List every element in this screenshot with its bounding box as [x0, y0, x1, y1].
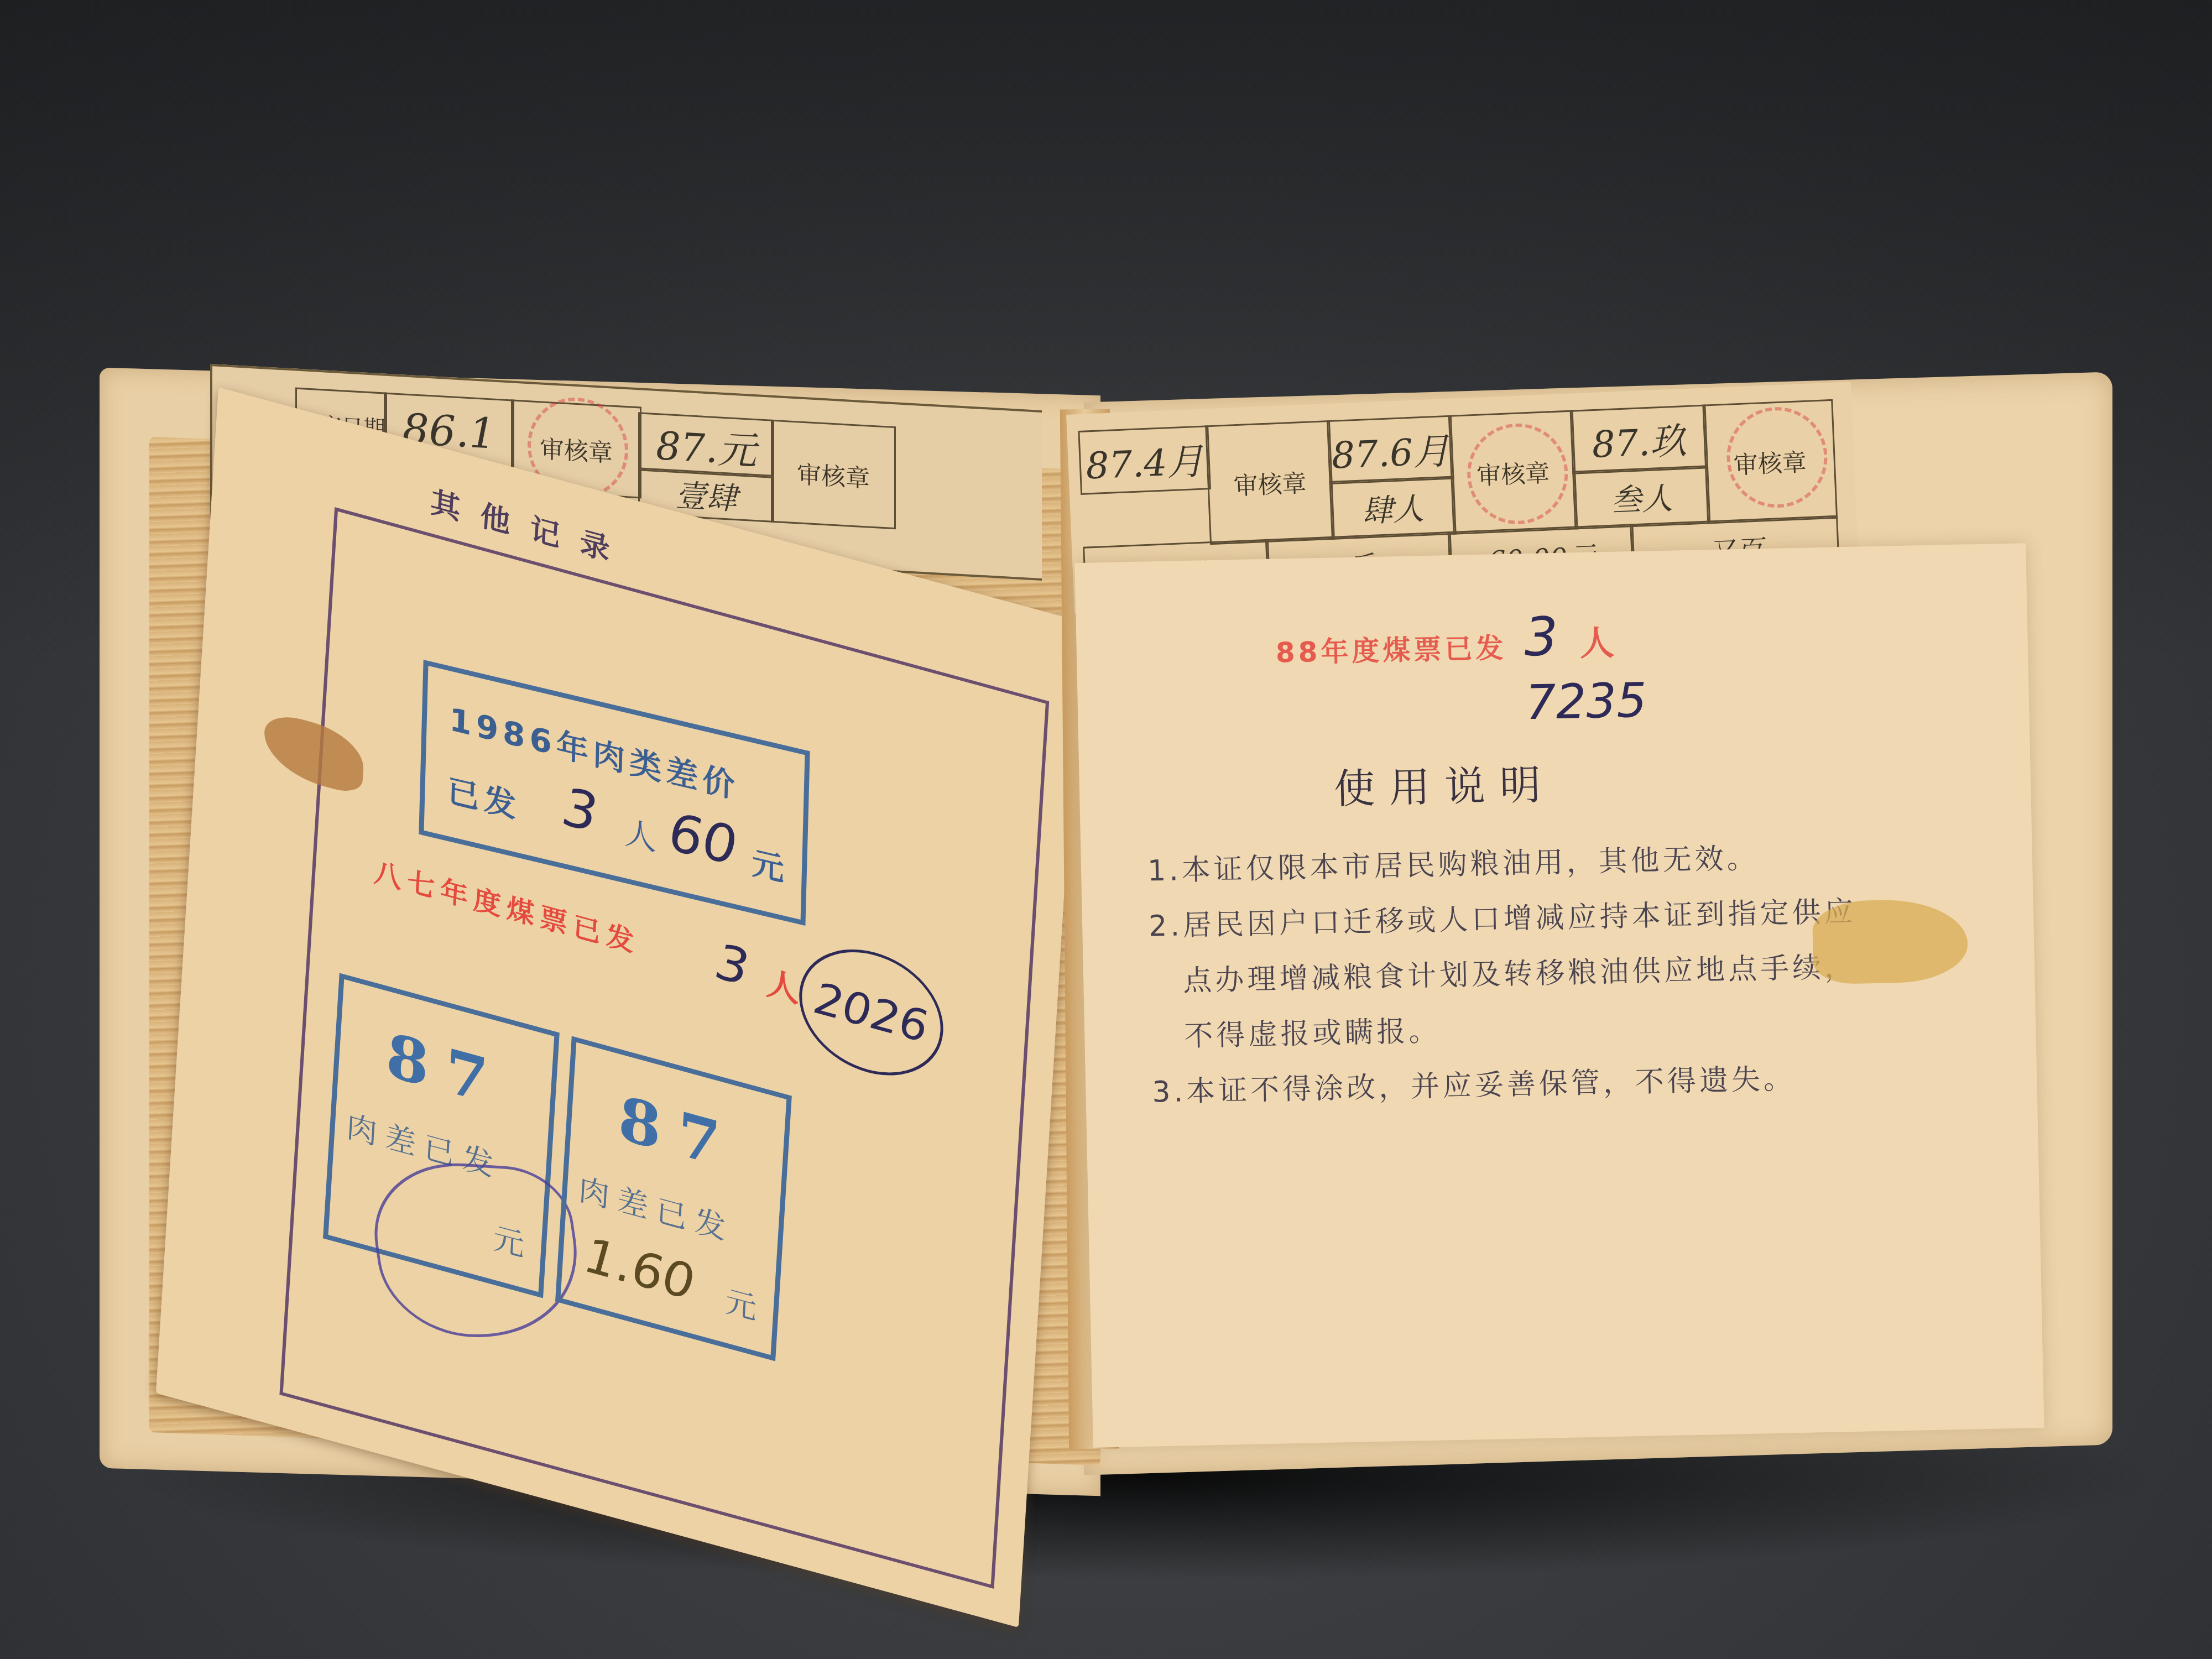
coal-count-handwritten: 3 [715, 932, 750, 998]
handwritten-note-number: 7235 [1525, 673, 1647, 731]
box-amount-handwritten: 1.60 [584, 1226, 696, 1312]
red-stamp-88-coal: 88年度煤票已发 [1275, 626, 1507, 671]
entry-date: 87.6月 [1327, 415, 1454, 484]
instruction-item: 2.居民因户口迁移或人口增减应持本证到指定供应点办理增减粮食计划及转移粮油供应地… [1148, 884, 1870, 1065]
dried-glue-stain [1812, 899, 1969, 985]
coal-count-handwritten: 3 [1524, 606, 1558, 668]
audit-stamp-label-2: 审核章 [771, 420, 896, 530]
coal-count-unit: 人 [1579, 615, 1615, 665]
box-unit: 元 [724, 1277, 758, 1329]
instructions-title: 使用说明 [1333, 752, 1556, 815]
amount-unit: 元 [752, 837, 789, 891]
persons-unit: 人 [624, 806, 661, 861]
coal-count-unit: 人 [765, 957, 801, 1013]
row-date: 87.4月 [1078, 425, 1211, 495]
audit-stamp-label: 审核章 [1205, 420, 1335, 545]
amount-handwritten: 60 [669, 800, 738, 878]
instructions-list: 1.本证仅限本市居民购粮油用，其他无效。 2.居民因户口迁移或人口增减应持本证到… [1147, 828, 1871, 1120]
stamp-line-2: 已发 [447, 764, 521, 828]
right-page-instructions: 88年度煤票已发 3 人 7235 使用说明 1.本证仅限本市居民购粮油用，其他… [1074, 543, 2044, 1448]
entry3-date: 87.玖 [1570, 404, 1709, 474]
entry-note: 肆人 [1329, 476, 1457, 540]
ration-booklet: 01 供应日期 86.1 审核章 87.元 壹肆 审核章 其他记录 1986年肉… [0, 0, 2212, 1659]
persons-handwritten: 3 [563, 775, 598, 845]
entry3-note: 叁人 [1572, 465, 1710, 529]
